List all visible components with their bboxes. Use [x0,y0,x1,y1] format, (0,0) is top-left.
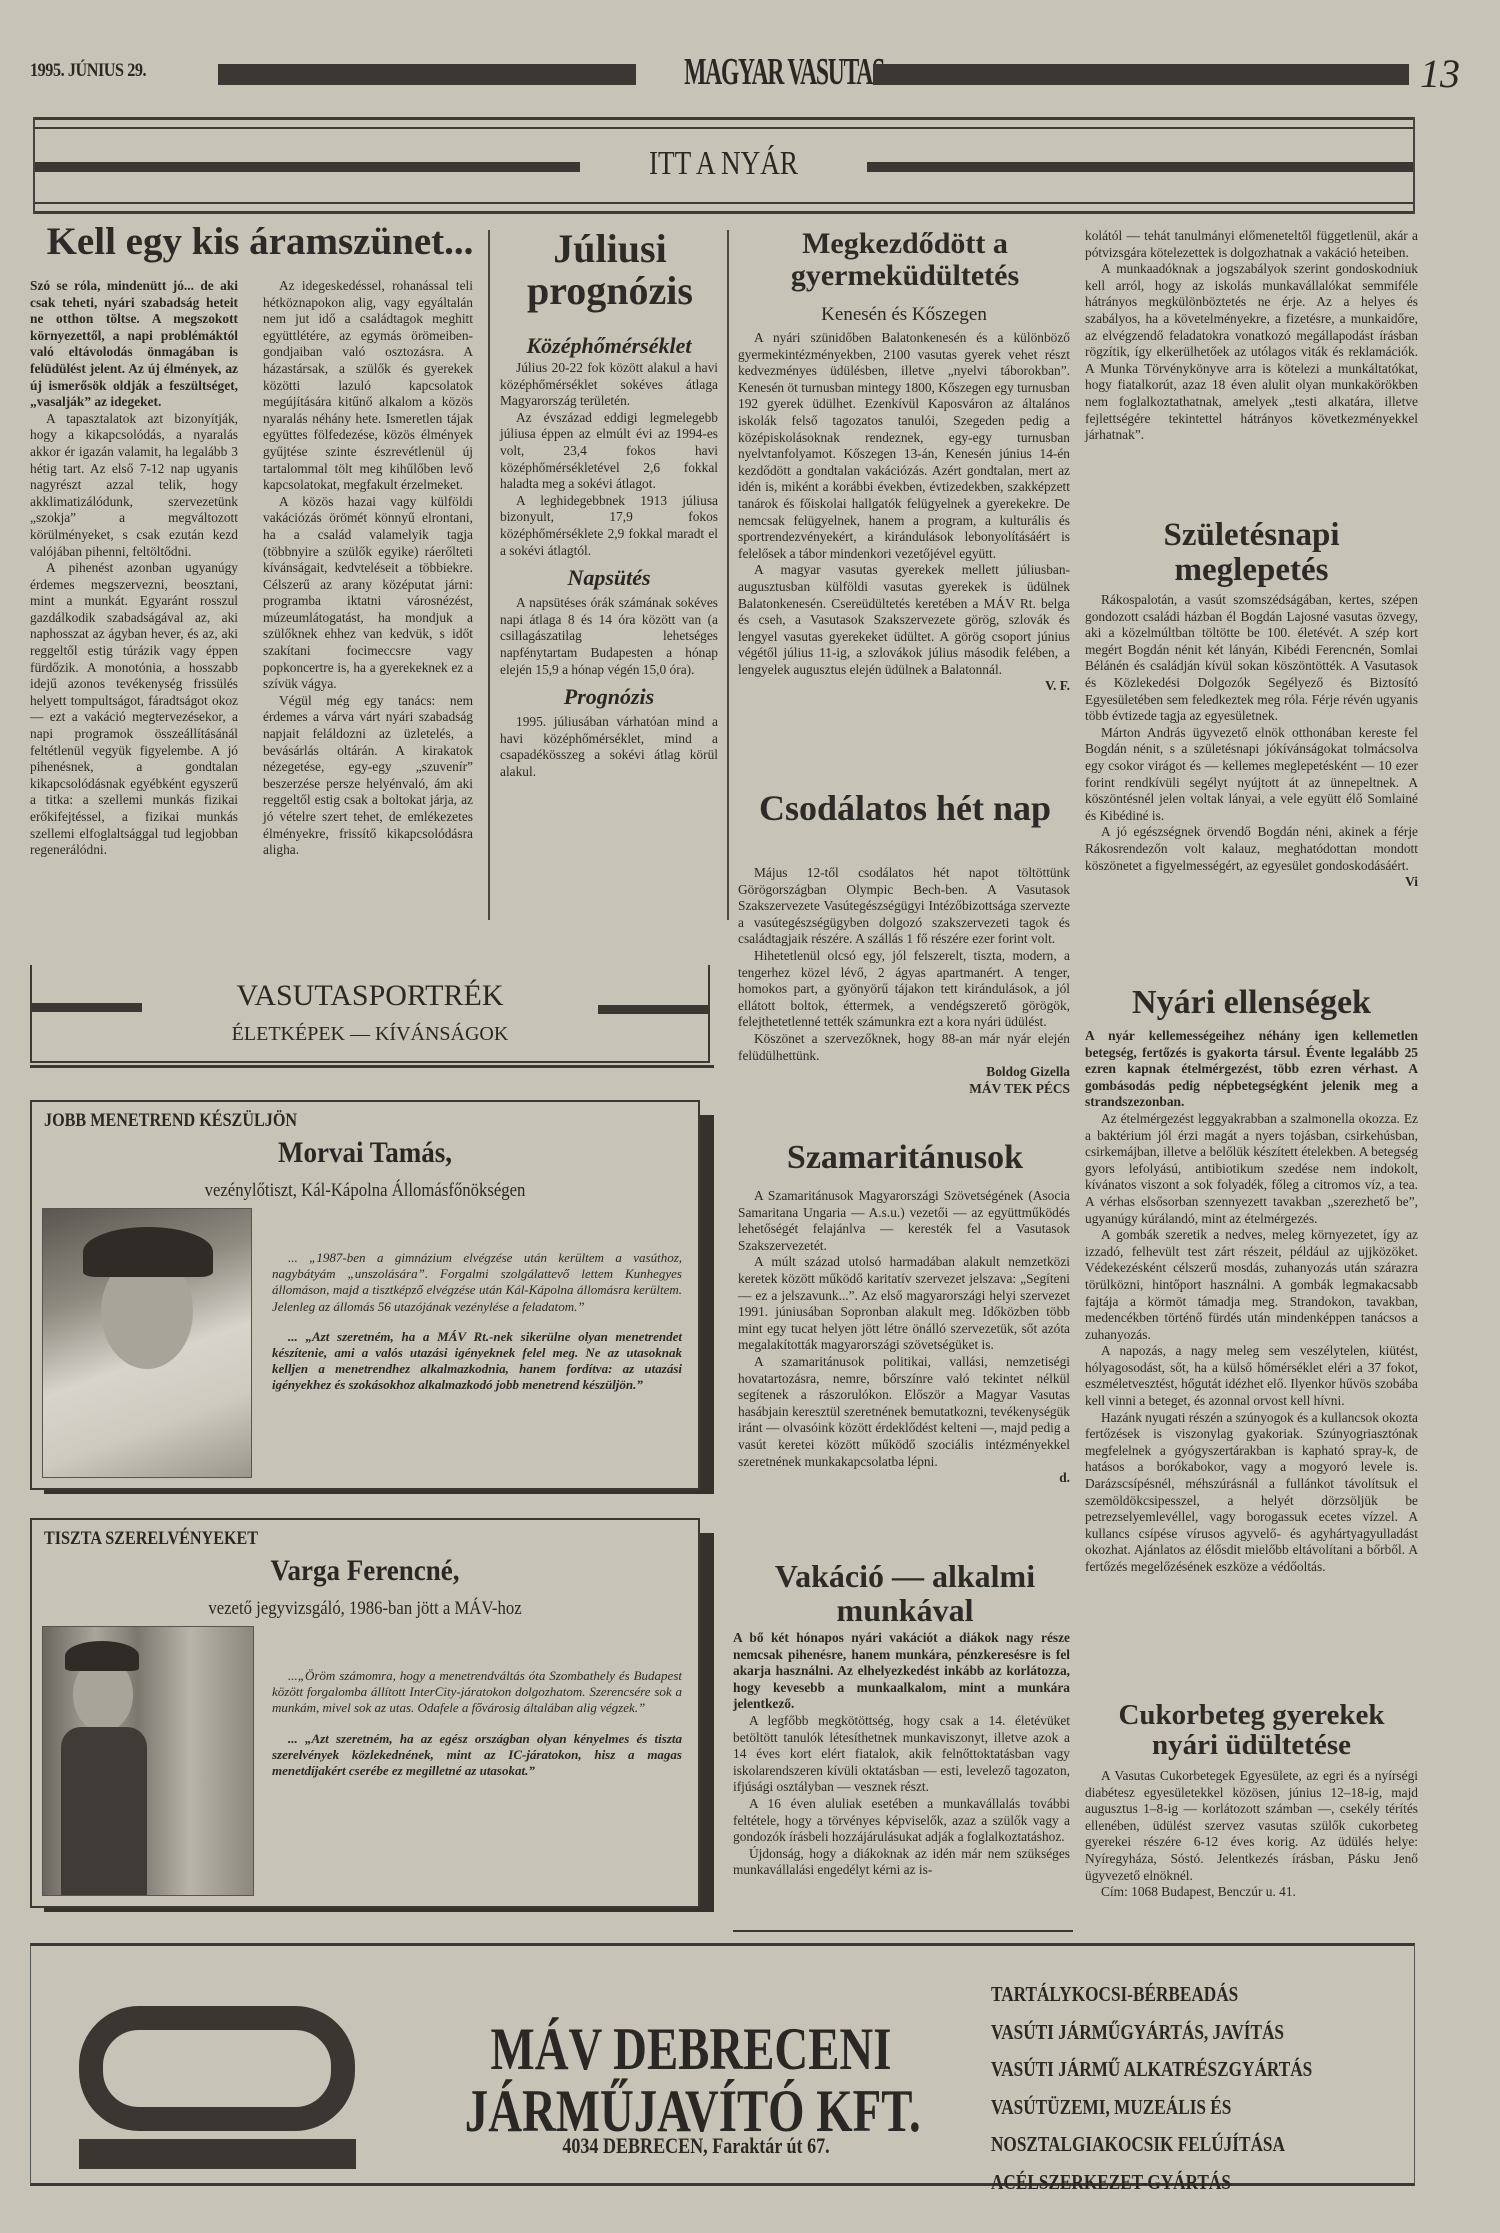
quote: ... „Azt szeretném, ha a MÁV Rt.-nek sik… [272,1329,682,1394]
newspaper-title: MAGYAR VASUTAS [684,50,822,94]
paragraph: A szamaritánusok politikai, vallási, nem… [738,1354,1070,1470]
paragraph: Az ételmérgezést leggyakrabban a szalmon… [1085,1111,1418,1227]
article-lead: A bő két hónapos nyári vakációt a diákok… [733,1630,1070,1713]
header-underline [30,1065,714,1068]
masthead-rule-right [873,64,1409,85]
article-rule [733,1930,1073,1932]
portrait-name: Varga Ferencné, [65,1554,664,1588]
page-number: 13 [1420,50,1460,97]
paragraph: Hihetetlenül olcsó egy, jól felszerelt, … [738,948,1070,1031]
card-shadow [700,1533,714,1910]
portrait-card-morvai: JOBB MENETREND KÉSZÜLJÖN Morvai Tamás, v… [30,1100,700,1490]
paragraph: A napozás, a nagy meleg sem veszélytelen… [1085,1343,1418,1409]
article-body-vakacio-continued: kolától — tehát tanulmányi előmeneteltől… [1085,228,1418,444]
card-shadow [44,1908,714,1912]
paragraph: A nyári szünidőben Balatonkenesén és a k… [738,330,1070,562]
company-address: 4034 DEBRECEN, Faraktár út 67. [540,2133,852,2159]
banner-bar-right [867,162,1413,172]
paragraph: Május 12-től csodálatos hét napot töltöt… [738,865,1070,948]
company-name: MÁV DEBRECENI JÁRMŰJAVÍTÓ KFT. [465,2018,917,2142]
portrait-photo [42,1626,254,1896]
article-subtitle: Kenesén és Kőszegen [738,302,1070,328]
article-lead: A nyár kellemességeihez néhány igen kell… [1085,1028,1418,1111]
subheading: Prognózis [500,680,718,714]
mav-logo-icon [79,2006,355,2131]
article-body-szuletesnapi: Rákospalotán, a vasút szomszédságában, k… [1085,592,1418,891]
service-item: VASÚTI JÁRMŰGYÁRTÁS, JAVÍTÁS [991,2014,1335,2052]
signature: d. [738,1470,1070,1487]
article-body-cukorbeteg: A Vasutas Cukorbetegek Egyesülete, az eg… [1085,1768,1418,1901]
subheading: Középhőmérséklet [500,332,718,360]
article-title-vakacio: Vakáció — alkalmi munkával [740,1560,1070,1627]
portrait-quotes: ...„Öröm számomra, hogy a menetrendváltá… [272,1668,682,1793]
signature: Vi [1085,874,1418,891]
paragraph: Hazánk nyugati részén a szúnyogok és a k… [1085,1410,1418,1576]
article-title-aramszunet: Kell egy kis áramszünet... [30,222,490,263]
paragraph: Az idegeskedéssel, rohanással teli hétkö… [263,278,473,494]
service-item: NOSZTALGIAKOCSIK FELÚJÍTÁSA [991,2126,1335,2164]
article-title-gyermekudultetes: Megkezdődött a gyermeküdültetés [740,228,1070,291]
banner-rule [35,202,1413,204]
article-title-nyari-ellensegek: Nyári ellenségek [1085,985,1418,1021]
portrait-section-header: VASUTASPORTRÉK ÉLETKÉPEK — KÍVÁNSÁGOK [30,965,710,1063]
section-title: ITT A NYÁR [609,145,839,183]
service-item: ACÉLSZERKEZET-GYÁRTÁS [991,2164,1335,2202]
article-body-prognozis: Középhőmérséklet Július 20-22 fok között… [500,332,718,780]
column-divider [488,230,490,920]
paragraph: A gombák szeretik a nedves, meleg környe… [1085,1227,1418,1343]
paragraph: Köszönet a szervezőknek, hogy 88-an már … [738,1031,1070,1064]
paragraph: A 16 éven aluliak esetében a munkavállal… [733,1796,1070,1846]
paragraph: A múlt század utolsó harmadában alakult … [738,1254,1070,1354]
portrait-role: vezénylőtiszt, Kál-Kápolna Állomásfőnöks… [72,1180,658,1202]
card-shadow [44,1490,714,1494]
paragraph: A közös hazai vagy külföldi vakációzás ö… [263,494,473,693]
paragraph: Végül még egy tanács: nem érdemes a várv… [263,693,473,859]
paragraph: A jó egészségnek örvendő Bogdán néni, ak… [1085,824,1418,874]
paragraph: A tapasztalatok azt bizonyítják, hogy a … [30,411,238,560]
article-body-vakacio: A bő két hónapos nyári vakációt a diákok… [733,1630,1070,1879]
article-body-szamaritanusok: A Szamaritánusok Magyarországi Szövetség… [738,1188,1070,1487]
paragraph: A leghidegebbnek 1913 júliusa bizonyult,… [500,493,718,559]
paragraph: 1995. júliusában várhatóan mind a havi k… [500,714,718,780]
paragraph: A munkaadóknak a jogszabályok szerint go… [1085,261,1418,444]
article-body-csodalatos: Május 12-től csodálatos hét napot töltöt… [738,865,1070,1097]
service-list: TARTÁLYKOCSI-BÉRBEADÁS VASÚTI JÁRMŰGYÁRT… [991,1976,1411,2201]
article-title-prognozis: Júliusi prognózis [500,228,720,312]
banner-rule [35,211,1413,214]
article-title-csodalatos: Csodálatos hét nap [740,790,1070,828]
portrait-photo [42,1208,252,1478]
paragraph: A legfőbb megkötöttség, hogy csak a 14. … [733,1713,1070,1796]
banner-bar-left [35,162,580,172]
signature-name: Boldog Gizella [738,1064,1070,1081]
column-divider [727,230,729,920]
signature: V. F. [738,678,1070,695]
service-item: VASÚTI JÁRMŰ ALKATRÉSZGYÁRTÁS [991,2051,1335,2089]
article-body-aramszunet-col1: Szó se róla, mindenütt jó... de aki csak… [30,278,238,859]
paragraph: Július 20-22 fok között alakul a havi kö… [500,360,718,410]
portrait-role: vezető jegyvizsgáló, 1986-ban jött a MÁV… [72,1598,658,1620]
paragraph: A magyar vasutas gyerekek mellett július… [738,562,1070,678]
quote: ... „Azt szeretném, ha az egész országba… [272,1731,682,1780]
portrait-quotes: ... „1987-ben a gimnázium elvégzése után… [272,1250,682,1408]
portrait-kicker: TISZTA SZERELVÉNYEKET [44,1528,258,1550]
paragraph: Újdonság, hogy a diákoknak az idén már n… [733,1846,1070,1879]
mav-logo-bar [79,2139,356,2169]
masthead: 1995. JÚNIUS 29. MAGYAR VASUTAS 13 [30,50,1470,100]
portrait-section-subtitle: ÉLETKÉPEK — KÍVÁNSÁGOK [32,1023,708,1046]
advertisement-mav-debrecen: MÁV DEBRECENI JÁRMŰJAVÍTÓ KFT. 4034 DEBR… [30,1943,1415,2186]
paragraph: Rákospalotán, a vasút szomszédságában, k… [1085,592,1418,725]
paragraph: Cím: 1068 Budapest, Benczúr u. 41. [1085,1884,1418,1901]
paragraph: A Vasutas Cukorbetegek Egyesülete, az eg… [1085,1768,1418,1884]
quote: ... „1987-ben a gimnázium elvégzése után… [272,1250,682,1315]
signature-org: MÁV TEK PÉCS [738,1081,1070,1098]
service-item: TARTÁLYKOCSI-BÉRBEADÁS [991,1976,1335,2014]
banner-rule [35,127,1413,129]
article-title-szamaritanusok: Szamaritánusok [740,1140,1070,1176]
article-title-cukorbeteg: Cukorbeteg gyerekek nyári üdültetése [1085,1700,1418,1761]
article-lead: Szó se róla, mindenütt jó... de aki csak… [30,278,238,411]
paragraph: A pihenést azonban ugyanúgy érdemes megs… [30,560,238,859]
article-body-gyermekudultetes: Kenesén és Kőszegen A nyári szünidőben B… [738,302,1070,695]
portrait-kicker: JOBB MENETREND KÉSZÜLJÖN [44,1110,297,1132]
newspaper-page: 1995. JÚNIUS 29. MAGYAR VASUTAS 13 ITT A… [0,0,1500,2233]
issue-date: 1995. JÚNIUS 29. [30,60,146,82]
portrait-name: Morvai Tamás, [65,1136,664,1170]
photo-hat [83,1227,213,1277]
company-name-line1: MÁV DEBRECENI [465,2018,917,2080]
paragraph: A napsütéses órák számának sokéves napi … [500,595,718,678]
paragraph: A Szamaritánusok Magyarországi Szövetség… [738,1188,1070,1254]
photo-hat [65,1641,139,1671]
service-item: VASÚTÜZEMI, MUZEÁLIS ÉS [991,2089,1335,2127]
paragraph: Márton András ügyvezető elnök otthonában… [1085,725,1418,825]
banner-rule [35,117,1413,120]
portrait-card-varga: TISZTA SZERELVÉNYEKET Varga Ferencné, ve… [30,1518,700,1908]
paragraph: kolától — tehát tanulmányi előmeneteltől… [1085,228,1418,261]
quote: ...„Öröm számomra, hogy a menetrendváltá… [272,1668,682,1717]
section-banner: ITT A NYÁR [33,117,1415,214]
card-shadow [700,1115,714,1492]
article-title-szuletesnapi: Születésnapi meglepetés [1085,518,1418,587]
photo-uniform [61,1727,147,1896]
masthead-rule-left [218,64,636,85]
portrait-section-title: VASUTASPORTRÉK [32,979,708,1013]
article-body-nyari-ellensegek: A nyár kellemességeihez néhány igen kell… [1085,1028,1418,1576]
article-body-aramszunet-col2: Az idegeskedéssel, rohanással teli hétkö… [263,278,473,859]
subheading: Napsütés [500,561,718,595]
paragraph: Az évszázad eddigi legmelegebb júliusa é… [500,410,718,493]
